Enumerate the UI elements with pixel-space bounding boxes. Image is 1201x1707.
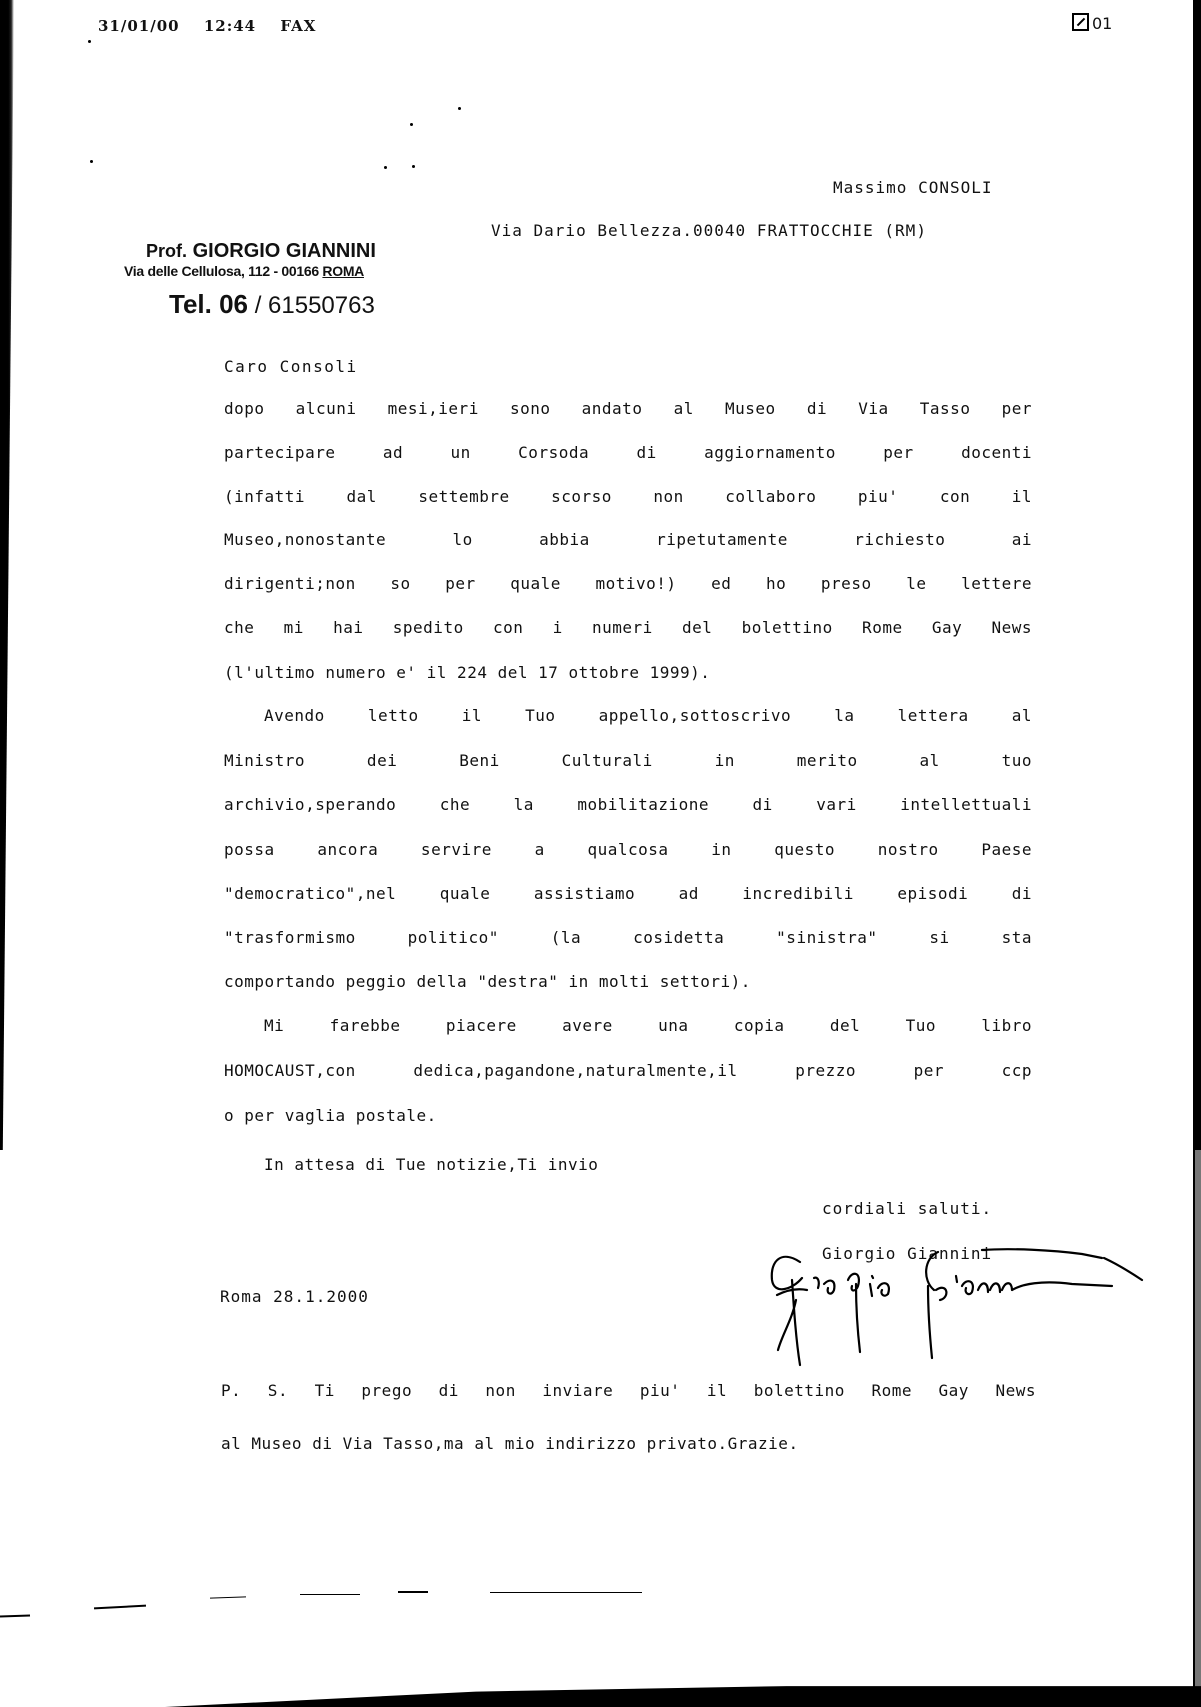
noise-line bbox=[490, 1592, 642, 1593]
body-line: Museo,nonostante lo abbia ripetutamente … bbox=[224, 530, 1032, 549]
body-line: Avendo letto il Tuo appello,sottoscrivo … bbox=[264, 706, 1032, 725]
body-line: o per vaglia postale. bbox=[224, 1106, 1032, 1125]
body-line: "democratico",nel quale assistiamo ad in… bbox=[224, 884, 1032, 903]
fax-label: FAX bbox=[280, 17, 316, 35]
recipient-name: Massimo CONSOLI bbox=[833, 178, 993, 197]
noise-dot bbox=[458, 107, 461, 110]
body-line: Mi farebbe piacere avere una copia del T… bbox=[264, 1016, 1032, 1035]
noise-line bbox=[300, 1594, 360, 1595]
sender-name-line: Prof. GIORGIO GIANNINI bbox=[146, 240, 376, 263]
place-date: Roma 28.1.2000 bbox=[220, 1287, 369, 1306]
sender-telephone: Tel. 06 / 61550763 bbox=[169, 289, 376, 320]
closing: cordiali saluti. bbox=[822, 1199, 992, 1218]
noise-line bbox=[210, 1596, 246, 1598]
sender-name: GIORGIO GIANNINI bbox=[193, 240, 376, 262]
sender-street: Via delle Cellulosa, 112 - 00166 bbox=[124, 263, 319, 279]
noise-line bbox=[94, 1605, 146, 1610]
noise-dot bbox=[410, 123, 413, 126]
tel-number: / 61550763 bbox=[255, 292, 375, 319]
body-line: HOMOCAUST,con dedica,pagandone,naturalme… bbox=[224, 1061, 1032, 1080]
body-line: dirigenti;non so per quale motivo!) ed h… bbox=[224, 574, 1032, 593]
sender-title: Prof. bbox=[146, 241, 187, 261]
body-line: possa ancora servire a qualcosa in quest… bbox=[224, 840, 1032, 859]
fax-page-number: 01 bbox=[1072, 13, 1112, 33]
fax-date: 31/01/00 bbox=[98, 17, 180, 35]
body-line: che mi hai spedito con i numeri del bole… bbox=[224, 618, 1032, 637]
scan-edge-left bbox=[0, 0, 14, 1150]
scan-edge-right-lower bbox=[1195, 1150, 1201, 1707]
fax-page-icon bbox=[1072, 13, 1089, 31]
sender-stamp: Prof. GIORGIO GIANNINI Via delle Cellulo… bbox=[124, 240, 376, 320]
body-line: Ministro dei Beni Culturali in merito al… bbox=[224, 751, 1032, 770]
noise-dot bbox=[90, 160, 93, 163]
fax-page: 31/01/00 12:44 FAX 01 Massimo CONSOLI Vi… bbox=[0, 0, 1201, 1707]
body-line: In attesa di Tue notizie,Ti invio bbox=[264, 1155, 1032, 1174]
sender-address: Via delle Cellulosa, 112 - 00166 ROMA bbox=[124, 263, 376, 279]
recipient-address: Via Dario Bellezza.00040 FRATTOCCHIE (RM… bbox=[491, 221, 927, 240]
handwritten-signature bbox=[752, 1240, 1152, 1370]
tel-label: Tel. 06 bbox=[169, 289, 248, 319]
postscript-line: al Museo di Via Tasso,ma al mio indirizz… bbox=[221, 1434, 1036, 1453]
sender-city: ROMA bbox=[322, 263, 364, 279]
noise-dot bbox=[88, 40, 91, 43]
fax-time: 12:44 bbox=[204, 17, 256, 35]
body-line: "trasformismo politico" (la cosidetta "s… bbox=[224, 928, 1032, 947]
scan-edge-bottom bbox=[165, 1685, 1201, 1707]
body-line: (l'ultimo numero e' il 224 del 17 ottobr… bbox=[224, 663, 1032, 682]
page-number-text: 01 bbox=[1092, 14, 1112, 33]
body-line: archivio,sperando che la mobilitazione d… bbox=[224, 795, 1032, 814]
postscript-line: P. S. Ti prego di non inviare piu' il bo… bbox=[221, 1381, 1036, 1400]
body-line: comportando peggio della "destra" in mol… bbox=[224, 972, 1032, 991]
noise-line bbox=[398, 1591, 428, 1593]
body-line: (infatti dal settembre scorso non collab… bbox=[224, 487, 1032, 506]
noise-dot bbox=[412, 165, 415, 168]
noise-line bbox=[0, 1614, 30, 1617]
body-line: dopo alcuni mesi,ieri sono andato al Mus… bbox=[224, 399, 1032, 418]
body-line: partecipare ad un Corsoda di aggiornamen… bbox=[224, 443, 1032, 462]
salutation: Caro Consoli bbox=[224, 357, 358, 376]
noise-dot bbox=[384, 166, 387, 169]
fax-header: 31/01/00 12:44 FAX bbox=[98, 17, 334, 35]
